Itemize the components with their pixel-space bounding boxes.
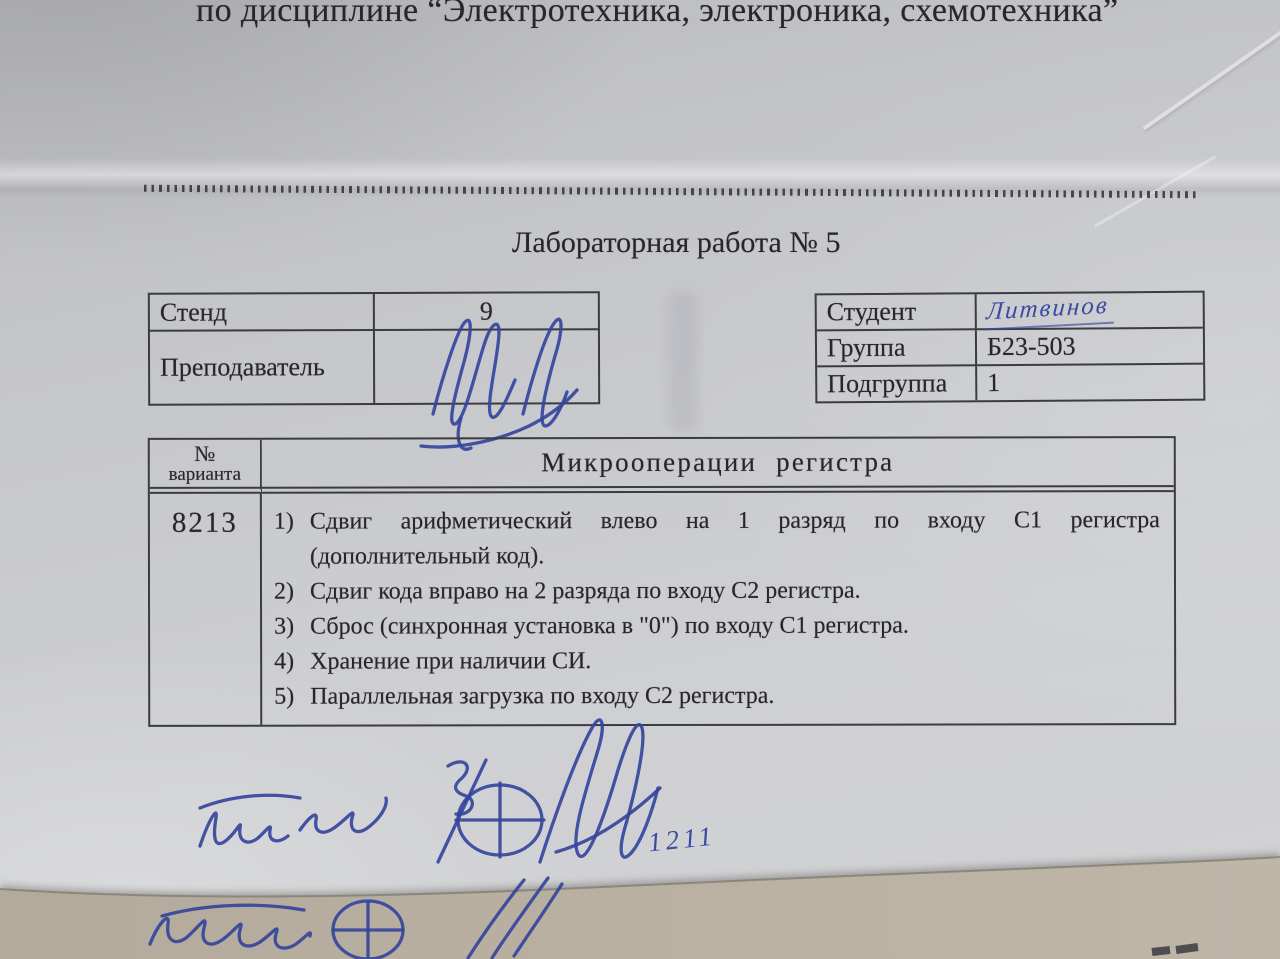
item-text: (дополнительный код). <box>274 538 1160 575</box>
variant-header-line1: № <box>194 442 215 464</box>
circled-plus-mark <box>456 783 544 857</box>
photographed-document: по дисциплине “Электротехника, электрони… <box>0 0 1280 959</box>
item-number: 5) <box>274 680 310 715</box>
handwritten-note-test <box>200 795 386 846</box>
second-sheet <box>0 845 1280 959</box>
group-label: Группа <box>817 330 977 367</box>
stand-table: Стенд 9 Преподаватель <box>148 291 600 406</box>
item-number: 1) <box>274 505 310 540</box>
task-item: 2)Сдвиг кода вправо на 2 разряда по вход… <box>274 573 1160 610</box>
item-text: Хранение при наличии СИ. <box>310 648 591 674</box>
pen-strokes <box>468 878 562 958</box>
task-list: 1)Сдвиг арифметический влево на 1 разряд… <box>262 492 1174 725</box>
student-label: Студент <box>817 294 977 331</box>
task-table: № варианта Микрооперации регистра 8213 1… <box>148 436 1177 727</box>
variant-header: № варианта <box>150 440 262 494</box>
variant-header-line2: варианта <box>169 465 241 485</box>
second-sheet-scribble <box>150 905 310 948</box>
item-number: 2) <box>274 575 310 610</box>
paper-crease <box>1142 30 1280 131</box>
bottom-annotations <box>0 700 1280 959</box>
item-text: Сдвиг арифметический влево на 1 разряд п… <box>310 507 1160 534</box>
item-text: Сдвиг кода вправо на 2 разряда по входу … <box>310 578 861 605</box>
teacher-label: Преподаватель <box>150 331 375 404</box>
stand-label: Стенд <box>150 294 375 332</box>
page-title: Лабораторная работа № 5 <box>512 226 840 260</box>
circled-plus-mark-2 <box>333 901 403 959</box>
task-item: 3)Сброс (синхронная установка в "0") по … <box>274 608 1160 645</box>
bottom-edge-text-fragment <box>1152 947 1198 952</box>
task-item: 4)Хранение при наличии СИ. <box>274 643 1160 680</box>
handwritten-number: 1211 <box>647 821 718 859</box>
grader-signature <box>540 720 660 862</box>
item-text: Параллельная загрузка по входу С2 регист… <box>310 683 774 710</box>
task-item: 1)Сдвиг арифметический влево на 1 разряд… <box>274 503 1160 575</box>
task-header: Микрооперации регистра <box>262 438 1174 494</box>
course-line: по дисциплине “Электротехника, электрони… <box>196 0 1119 30</box>
item-number: 3) <box>274 610 310 645</box>
fraction-mark <box>438 760 486 862</box>
variant-value: 8213 <box>150 494 262 725</box>
group-value: Б23-503 <box>977 329 1203 367</box>
item-text: Сброс (синхронная установка в "0") по вх… <box>310 613 909 640</box>
ink-bleed-through <box>668 292 698 432</box>
stand-value: 9 <box>375 293 598 331</box>
teacher-signature-cell <box>375 330 598 403</box>
item-number: 4) <box>274 645 310 680</box>
subgroup-label: Подгруппа <box>817 366 977 401</box>
task-item: 5)Параллельная загрузка по входу С2 реги… <box>274 678 1160 715</box>
subgroup-value: 1 <box>977 365 1203 401</box>
